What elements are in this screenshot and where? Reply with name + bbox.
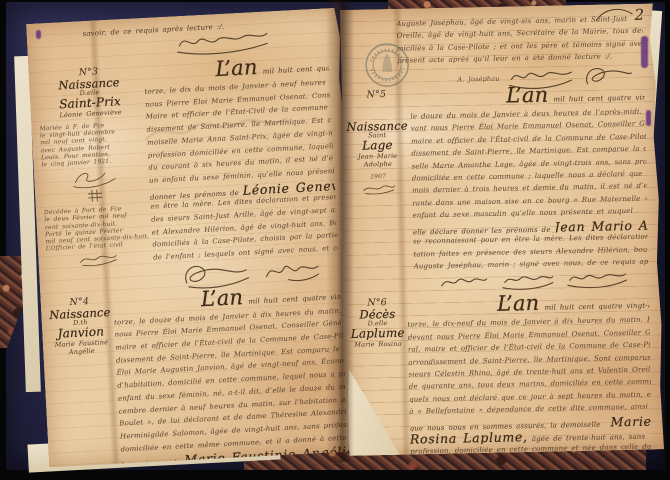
opening-rest: mil huit cent quatre vingt-qua- xyxy=(263,61,330,75)
signature-flourish xyxy=(502,272,554,291)
opening-word: L’an xyxy=(215,56,258,80)
marginal-note: 1907 xyxy=(347,173,408,181)
grid-mark xyxy=(88,189,103,202)
marginal-note-death: Décédée à Fort de Fcele deux Février mil… xyxy=(44,204,150,253)
entry-n5-body: L’an mil huit cent quatre vingt-quatorze… xyxy=(410,81,662,295)
signature-flourish xyxy=(583,64,633,87)
act-text: en être la mère. Les dites déclaration e… xyxy=(150,191,338,264)
signature-flourish xyxy=(179,259,250,289)
given-names: Jean Marie Adolphe xyxy=(347,152,409,169)
register-photo: savoir, de ce requis après lecture :/. N… xyxy=(0,0,670,480)
act-text: torze, le dix-neuf du mois de Janvier à … xyxy=(407,314,651,418)
purple-ink-mark xyxy=(36,30,41,39)
signature-flourish xyxy=(78,251,119,267)
entry-n4-margin: N°4 Naissance D.th Janvion Marie Faustin… xyxy=(40,292,122,467)
right-page: 2 Auguste Joséphau, âgé de vingt-six ans… xyxy=(340,3,665,456)
opening-rest: mil huit cent quatre vingt-qua- xyxy=(248,291,341,305)
act-text: torze, le dix du mois de Janvier à neuf … xyxy=(144,76,334,187)
opening-word: L’an xyxy=(200,286,243,310)
surname: Laplume xyxy=(351,327,405,341)
signature-flourish xyxy=(509,66,573,89)
act-text: le douze du mois de Janvier à deux heure… xyxy=(410,106,647,223)
opening-word: L’an xyxy=(497,292,540,315)
entry-n3-body: L’an mil huit cent quatre vingt-qua- tor… xyxy=(143,52,353,291)
deceased-name: Marie xyxy=(610,413,651,429)
opening-rest: mil huit cent quatre vingt-qua- xyxy=(544,302,649,313)
purple-ink-mark xyxy=(646,110,651,126)
act-text: torze, le douze du mois de Janvier à dix… xyxy=(114,305,349,456)
entry-n5: N°5 Naissance Saint Lage Jean Marie Adol… xyxy=(342,81,662,296)
signature-flourish xyxy=(568,270,628,289)
entry-n3: N°3 Naissance D.elle Saint-Prix Léonie G… xyxy=(28,52,353,297)
signature-flourish xyxy=(440,273,488,292)
entry-n6-body: L’an mil huit cent quatre vingt-qua- tor… xyxy=(407,290,665,456)
signature-flourish xyxy=(177,27,270,58)
given-names: Marie Rosina xyxy=(351,340,405,349)
signature-name: A. Joséphau xyxy=(457,74,499,83)
signatures-row: A. Joséphau xyxy=(397,62,643,93)
entry-n6: N°6 Décès D.elle Laplume Marie Rosina L’… xyxy=(346,290,665,456)
opening-rest: mil huit cent quatre vingt-quatorze, xyxy=(553,93,645,104)
surname: Lage xyxy=(347,139,409,153)
entry-n5-margin: N°5 Naissance Saint Lage Jean Marie Adol… xyxy=(342,87,415,297)
entry-n3-margin: N°3 Naissance D.elle Saint-Prix Léonie G… xyxy=(28,62,155,296)
entry-n4: N°4 Naissance D.th Janvion Marie Faustin… xyxy=(40,280,362,468)
entry-n4-body: L’an mil huit cent quatre vingt-qua- tor… xyxy=(112,280,361,468)
signature-flourish xyxy=(70,167,117,189)
purple-ink-mark xyxy=(641,36,648,68)
marginal-note-marriage: Mariée à F. de Fcele vingt-huit décembre… xyxy=(39,120,145,169)
given-names: Marie Faustine Angélie xyxy=(51,338,113,357)
left-page: savoir, de ce requis après lecture :/. N… xyxy=(26,8,362,468)
act-text: Auguste Joséphau, âgé de vingt-six ans, … xyxy=(396,13,643,68)
act-text: se reconnaissant pour en être la mère. L… xyxy=(413,231,648,273)
signature-flourish xyxy=(361,182,395,195)
official-round-stamp xyxy=(363,41,412,90)
signature-flourish xyxy=(263,258,320,283)
